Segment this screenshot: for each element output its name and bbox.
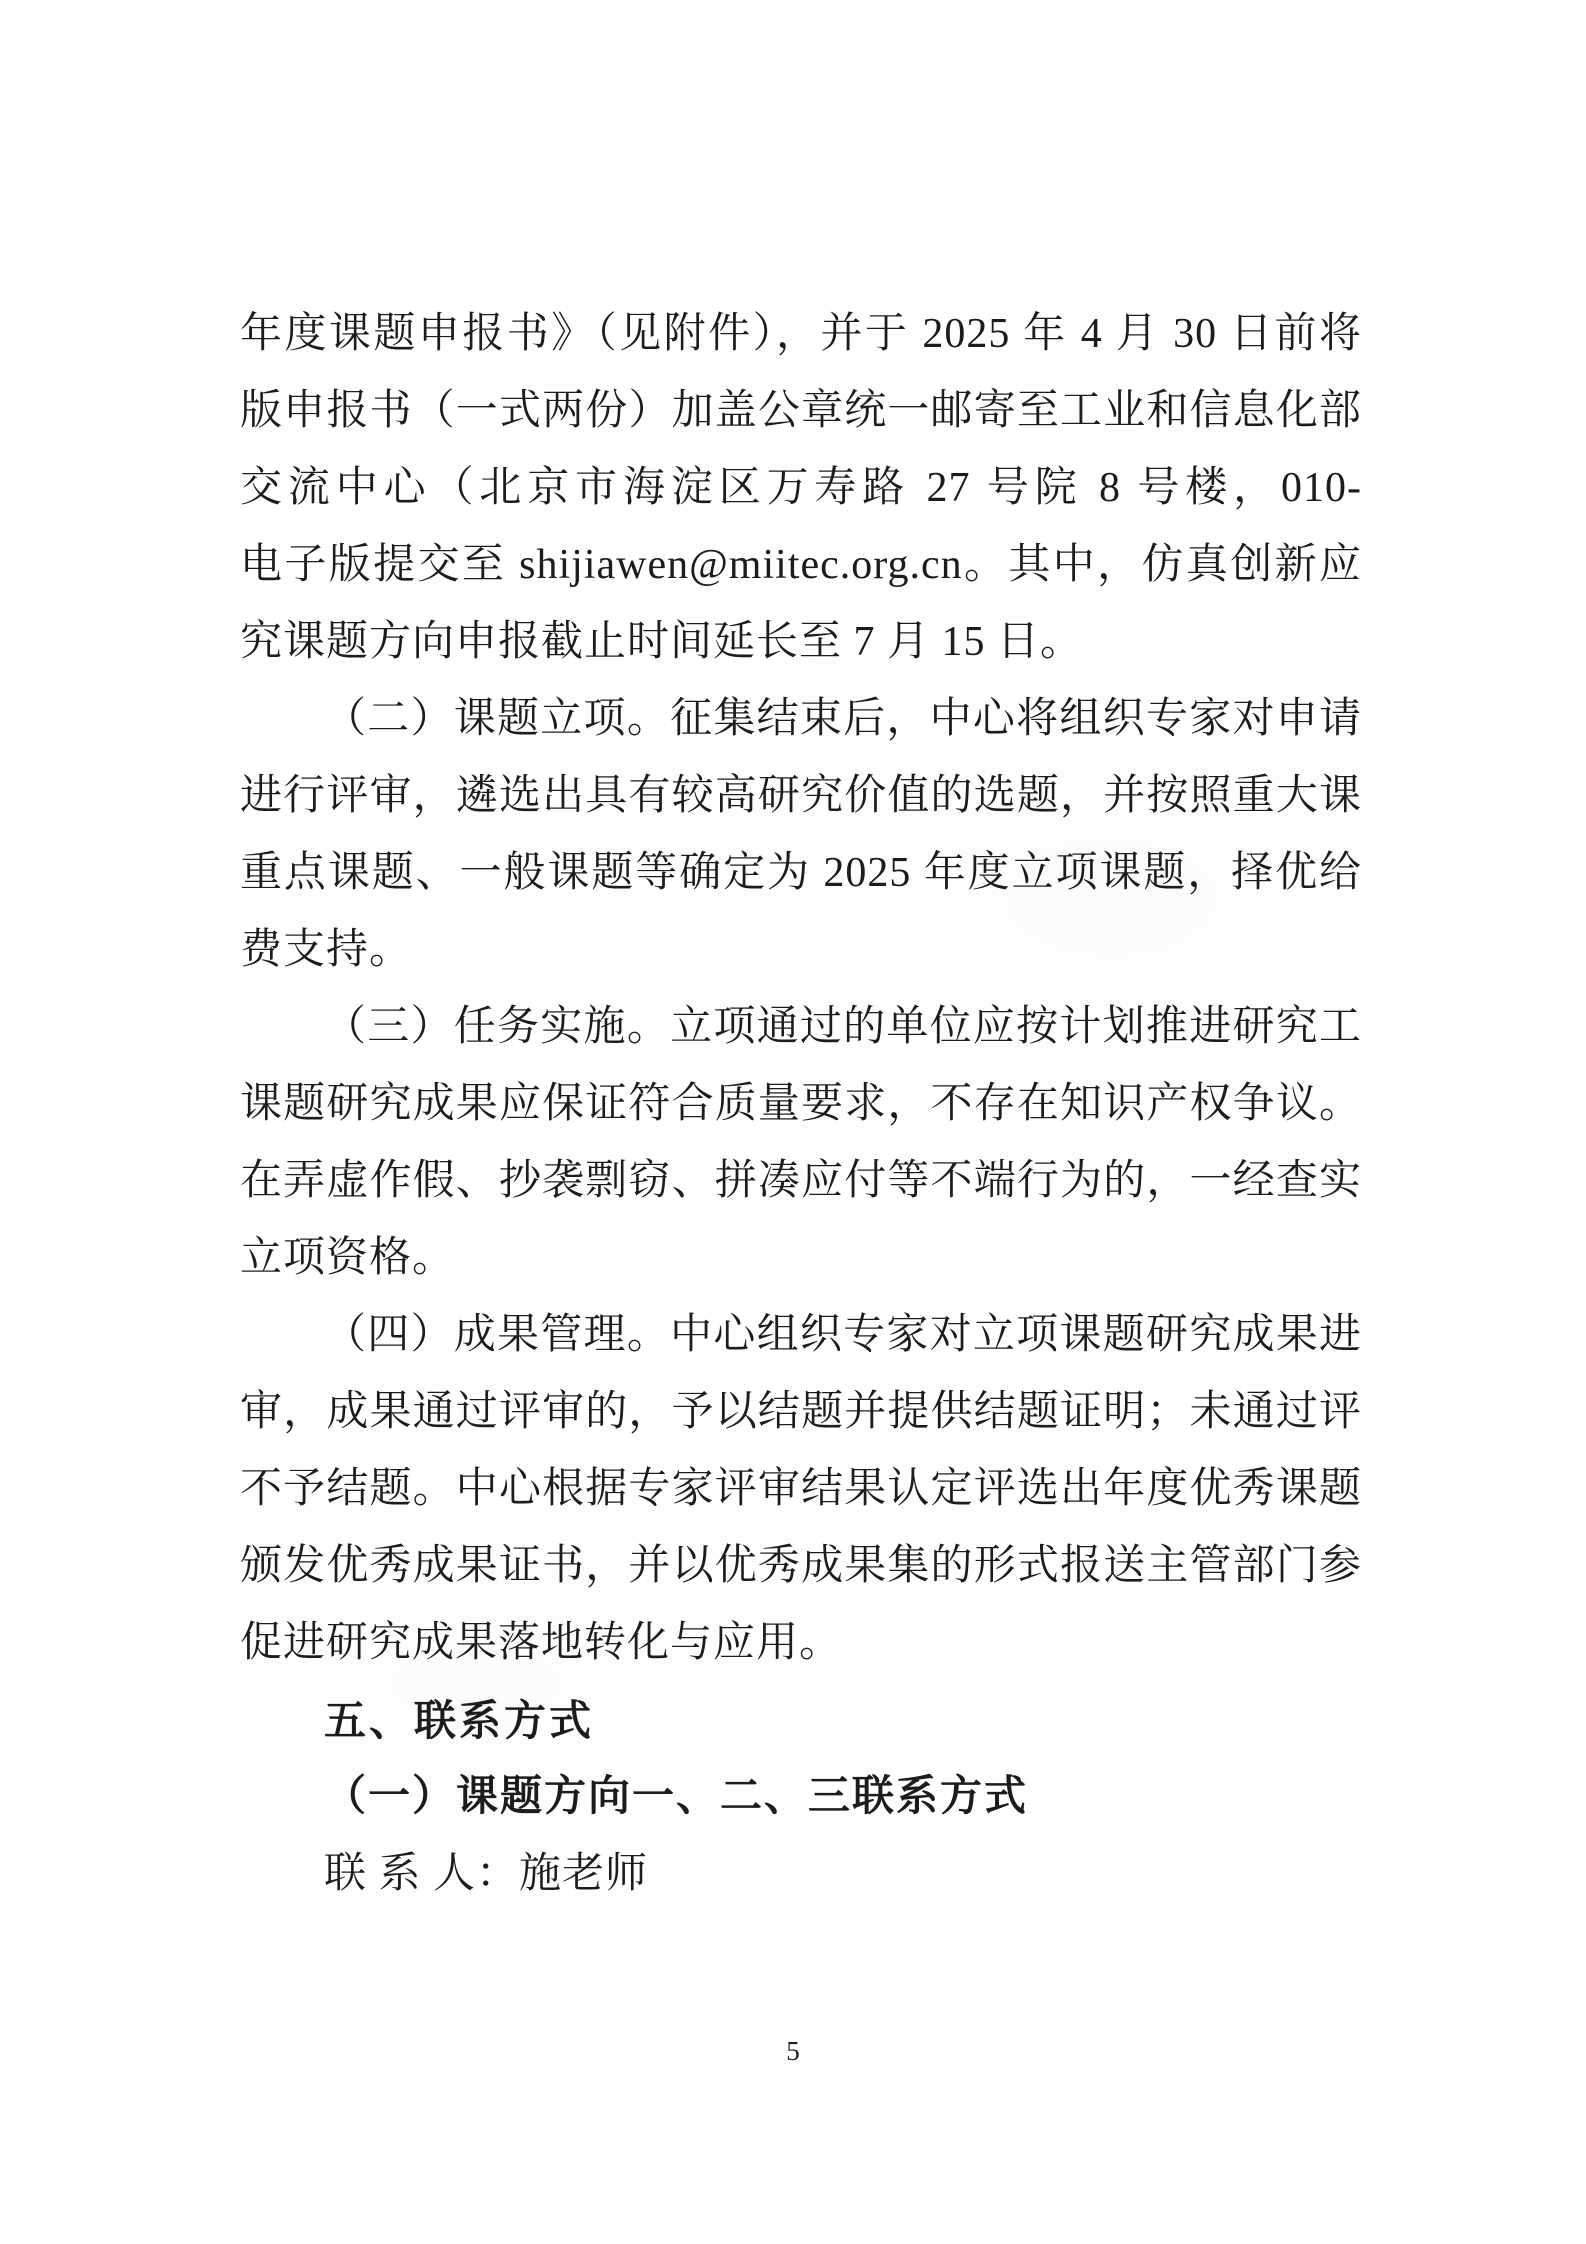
document-page: 年度课题申报书》（见附件），并于 2025 年 4 月 30 日前将纸质 版申报…	[0, 0, 1586, 2244]
body-line-13: 立项资格。	[240, 1220, 1362, 1297]
paragraph-4-start-line: （四）成果管理。中心组织专家对立项课题研究成果进行评	[240, 1297, 1362, 1374]
body-line-3: 交流中心（北京市海淀区万寿路 27 号院 8 号楼，010-68207853），	[240, 450, 1362, 527]
body-line-15: 审，成果通过评审的，予以结题并提供结题证明；未通过评审的，	[240, 1374, 1362, 1451]
document-body: 年度课题申报书》（见附件），并于 2025 年 4 月 30 日前将纸质 版申报…	[240, 296, 1362, 1913]
body-line-9: 费支持。	[240, 912, 1362, 989]
body-line-18: 促进研究成果落地转化与应用。	[240, 1605, 1362, 1682]
section-5-heading: 五、联系方式	[240, 1682, 1362, 1759]
subsection-1-heading: （一）课题方向一、二、三联系方式	[240, 1759, 1362, 1836]
body-line-5: 究课题方向申报截止时间延长至 7 月 15 日。	[240, 604, 1362, 681]
body-line-12: 在弄虚作假、抄袭剽窃、拼凑应付等不端行为的，一经查实取消	[240, 1143, 1362, 1220]
contact-person-line: 联 系 人：施老师	[240, 1836, 1362, 1913]
body-line-11: 课题研究成果应保证符合质量要求，不存在知识产权争议。凡存	[240, 1066, 1362, 1143]
body-line-17: 颁发优秀成果证书，并以优秀成果集的形式报送主管部门参考，	[240, 1528, 1362, 1605]
page-number: 5	[786, 2036, 800, 2066]
body-line-8: 重点课题、一般课题等确定为 2025 年度立项课题，择优给予经	[240, 835, 1362, 912]
paragraph-3-start-line: （三）任务实施。立项通过的单位应按计划推进研究工作。	[240, 989, 1362, 1066]
body-line-7: 进行评审，遴选出具有较高研究价值的选题，并按照重大课题、	[240, 758, 1362, 835]
page-footer: 5	[0, 2036, 1586, 2067]
body-line-4: 电子版提交至 shijiawen@miitec.org.cn。其中，仿真创新应用…	[240, 527, 1362, 604]
body-line-1: 年度课题申报书》（见附件），并于 2025 年 4 月 30 日前将纸质	[240, 296, 1362, 373]
body-line-2: 版申报书（一式两份）加盖公章统一邮寄至工业和信息化部人才	[240, 373, 1362, 450]
paragraph-2-start-line: （二）课题立项。征集结束后，中心将组织专家对申请选题	[240, 681, 1362, 758]
body-line-16: 不予结题。中心根据专家评审结果认定评选出年度优秀课题成果，	[240, 1451, 1362, 1528]
